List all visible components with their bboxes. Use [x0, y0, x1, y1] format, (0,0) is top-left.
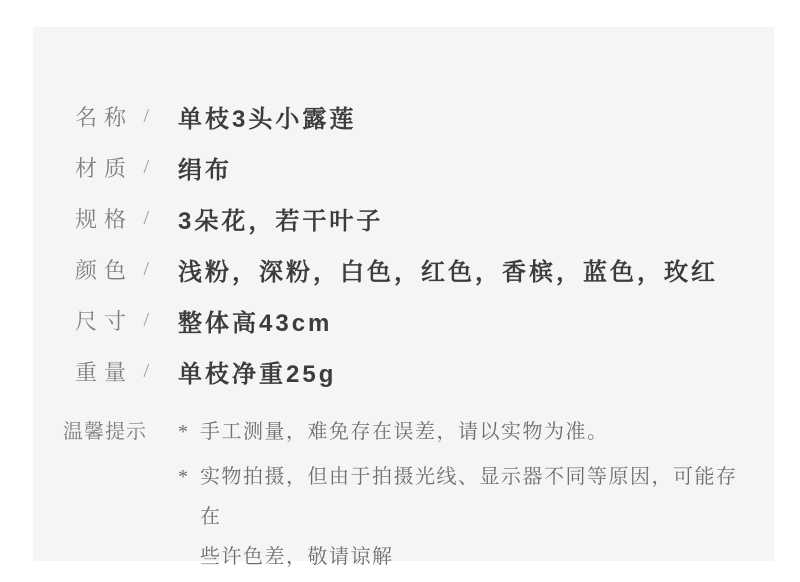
product-spec-panel: 名称 / 单枝3头小露莲 材质 / 绢布 规格 / 3朵花，若干叶子	[33, 27, 774, 561]
note-lines: 实物拍摄，但由于拍摄光线、显示器不同等原因，可能存在 些许色差，敬请谅解	[200, 457, 753, 577]
spec-label: 规格	[75, 203, 133, 234]
spec-label-cell: 颜色 /	[33, 254, 149, 285]
spec-row-size: 尺寸 / 整体高43cm	[33, 295, 774, 346]
tips-notes: * 手工测量，难免存在误差，请以实物为准。 * 实物拍摄，但由于拍摄光线、显示器…	[178, 412, 753, 577]
spec-value: 整体高43cm	[178, 303, 332, 338]
spec-label: 颜色	[75, 254, 133, 285]
note-item-measurement: * 手工测量，难免存在误差，请以实物为准。	[178, 412, 753, 452]
spec-label: 材质	[75, 152, 133, 183]
spec-row-material: 材质 / 绢布	[33, 142, 774, 193]
spec-value: 绢布	[178, 150, 232, 185]
spec-value: 3朵花，若干叶子	[178, 201, 383, 236]
note-lines: 手工测量，难免存在误差，请以实物为准。	[200, 412, 753, 452]
spec-label-cell: 规格 /	[33, 203, 149, 234]
note-item-color-difference: * 实物拍摄，但由于拍摄光线、显示器不同等原因，可能存在 些许色差，敬请谅解	[178, 457, 753, 577]
product-spec-page: 名称 / 单枝3头小露莲 材质 / 绢布 规格 / 3朵花，若干叶子	[0, 0, 800, 582]
spec-separator: /	[143, 360, 149, 383]
spec-label-cell: 重量 /	[33, 356, 149, 387]
asterisk-bullet: *	[178, 412, 200, 452]
tips-label: 温馨提示	[33, 412, 149, 452]
spec-row-color: 颜色 / 浅粉，深粉，白色，红色，香槟，蓝色，玫红	[33, 244, 774, 295]
spec-value: 单枝3头小露莲	[178, 99, 356, 134]
spec-separator: /	[143, 207, 149, 230]
spec-row-name: 名称 / 单枝3头小露莲	[33, 91, 774, 142]
spec-separator: /	[143, 156, 149, 179]
tips-section: 温馨提示 * 手工测量，难免存在误差，请以实物为准。 * 实物拍摄，但由于拍摄光…	[33, 412, 774, 577]
spec-list: 名称 / 单枝3头小露莲 材质 / 绢布 规格 / 3朵花，若干叶子	[33, 27, 774, 397]
spec-label: 尺寸	[75, 305, 133, 336]
spec-label-cell: 名称 /	[33, 101, 149, 132]
spec-value: 浅粉，深粉，白色，红色，香槟，蓝色，玫红	[178, 252, 718, 287]
spec-value: 单枝净重25g	[178, 354, 336, 389]
spec-row-weight: 重量 / 单枝净重25g	[33, 346, 774, 397]
note-line: 手工测量，难免存在误差，请以实物为准。	[200, 412, 753, 452]
note-line: 些许色差，敬请谅解	[200, 537, 753, 577]
spec-row-specification: 规格 / 3朵花，若干叶子	[33, 193, 774, 244]
spec-separator: /	[143, 105, 149, 128]
spec-label: 名称	[75, 101, 133, 132]
spec-separator: /	[143, 258, 149, 281]
spec-label-cell: 尺寸 /	[33, 305, 149, 336]
spec-label: 重量	[75, 356, 133, 387]
spec-separator: /	[143, 309, 149, 332]
note-line: 实物拍摄，但由于拍摄光线、显示器不同等原因，可能存在	[200, 457, 753, 537]
spec-label-cell: 材质 /	[33, 152, 149, 183]
asterisk-bullet: *	[178, 457, 200, 497]
